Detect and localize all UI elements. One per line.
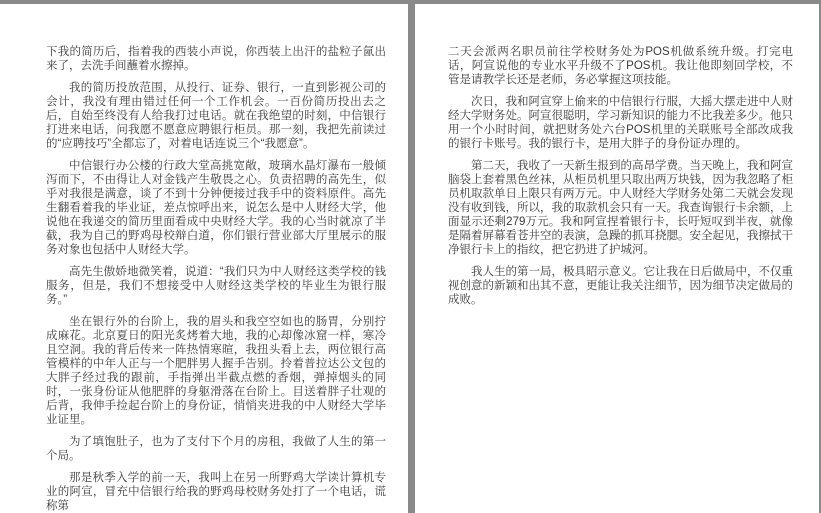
paragraph: 二天会派两名职员前往学校财务处为POS机做系统升级。打完电话，阿宣说他的专业水平… [448,45,793,87]
page-divider [408,0,415,513]
right-page-text: 二天会派两名职员前往学校财务处为POS机做系统升级。打完电话，阿宣说他的专业水平… [448,45,793,315]
paragraph: 那是秋季入学的前一天，我叫上在另一所野鸡大学读计算机专业的阿宣，冒充中信银行给我… [46,471,386,513]
paragraph: 中信银行办公楼的行政大堂高挑宽敞，玻璃水晶灯瀑布一般倾泻而下，不由得让人对金钱产… [46,159,386,257]
paragraph: 第二天，我收了一天新生报到的高昂学费。当天晚上，我和阿宣脑袋上套着黑色丝袜，从柜… [448,159,793,257]
paragraph: 下我的简历后，指着我的西装小声说，你西装上出汗的盐粒子氤出来了，去洗手间蘸着水擦… [46,45,386,73]
paragraph: 坐在银行外的台阶上，我的眉头和我空空如也的肠胃，分别拧成麻花。北京夏日的阳光炙烤… [46,315,386,427]
right-page: 二天会派两名职员前往学校财务处为POS机做系统升级。打完电话，阿宣说他的专业水平… [415,0,819,513]
left-page-text: 下我的简历后，指着我的西装小声说，你西装上出汗的盐粒子氤出来了，去洗手间蘸着水擦… [46,45,386,513]
reader-window: 下我的简历后，指着我的西装小声说，你西装上出汗的盐粒子氤出来了，去洗手间蘸着水擦… [0,0,821,513]
left-page: 下我的简历后，指着我的西装小声说，你西装上出汗的盐粒子氤出来了，去洗手间蘸着水擦… [0,0,408,513]
paragraph: 我人生的第一局，极具昭示意义。它让我在日后做局中，不仅重视创意的新颖和出其不意，… [448,265,793,307]
paragraph: 高先生傲娇地微笑着，说道：“我们只为中人财经这类学校的钱服务，但是，我们不想接受… [46,265,386,307]
paragraph: 为了填饱肚子，也为了支付下个月的房租，我做了人生的第一个局。 [46,435,386,463]
paragraph: 次日，我和阿宣穿上偷来的中信银行行服，大摇大摆走进中人财经大学财务处。阿宣很聪明… [448,95,793,151]
paragraph: 我的简历投放范围，从投行、证券、银行，一直到影视公司的会计，我没有理由错过任何一… [46,81,386,151]
